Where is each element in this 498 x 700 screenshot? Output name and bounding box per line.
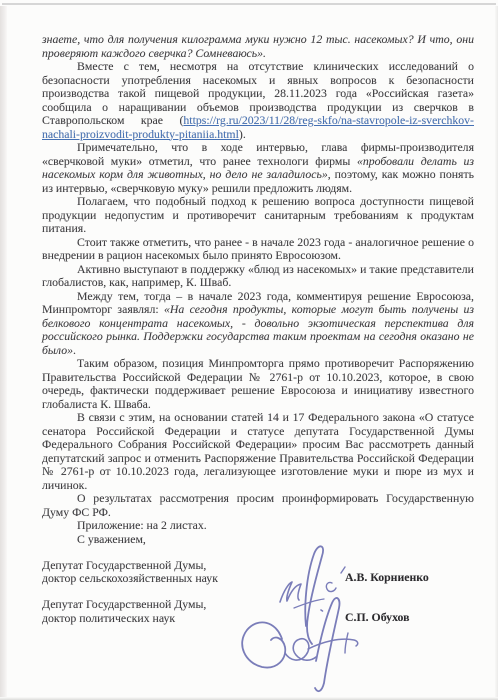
scan-edge-left [0, 6, 7, 700]
paragraph: В связи с этим, на основании статей 14 и… [42, 411, 474, 492]
attachment-note: Приложение: на 2 листах. [42, 519, 474, 533]
text-segment: ). [239, 127, 246, 141]
signer-block-kornienko: Депутат Государственной Думы, доктор сел… [42, 559, 474, 586]
paragraph: Примечательно, что в ходе интервью, глав… [42, 141, 474, 195]
paragraph: Активно выступают в поддержку «блюд из н… [42, 263, 474, 290]
text-segment: Полагаем, что подобный подход к решению … [42, 194, 474, 235]
paragraph: Полагаем, что подобный подход к решению … [42, 195, 474, 236]
paragraph: знаете, что для получения килограмма мук… [42, 33, 474, 60]
letter-body: знаете, что для получения килограмма мук… [42, 33, 474, 519]
paragraph: Вместе с тем, несмотря на отсутствие кли… [42, 60, 474, 141]
document-page: знаете, что для получения килограмма мук… [0, 0, 498, 700]
text-segment: Стоит также отметить, что ранее - в нача… [42, 235, 474, 263]
paragraph: Между тем, тогда – в начале 2023 года, к… [42, 290, 474, 358]
scan-edge-top [2, 3, 496, 5]
text-segment: В связи с этим, на основании статей 14 и… [42, 410, 474, 492]
italic-segment: знаете, что для получения килограмма мук… [42, 32, 474, 60]
paragraph: Таким образом, позиция Минпромторга прям… [42, 357, 474, 411]
text-segment: Активно выступают в поддержку «блюд из н… [42, 262, 474, 290]
text-segment: . [73, 343, 76, 357]
signer-block-obukhov: Депутат Государственной Думы, доктор пол… [42, 598, 474, 625]
paragraph: О результатах рассмотрения просим проинф… [42, 492, 474, 519]
signer-name: С.П. Обухов [345, 611, 410, 625]
letter-content: знаете, что для получения килограмма мук… [42, 33, 474, 625]
text-segment: О результатах рассмотрения просим проинф… [42, 491, 474, 519]
signer-name: А.В. Корниенко [345, 571, 429, 585]
paragraph: Стоит также отметить, что ранее - в нача… [42, 236, 474, 263]
text-segment: Таким образом, позиция Минпромторга прям… [42, 356, 474, 411]
closing-salutation: С уважением, [42, 533, 474, 547]
